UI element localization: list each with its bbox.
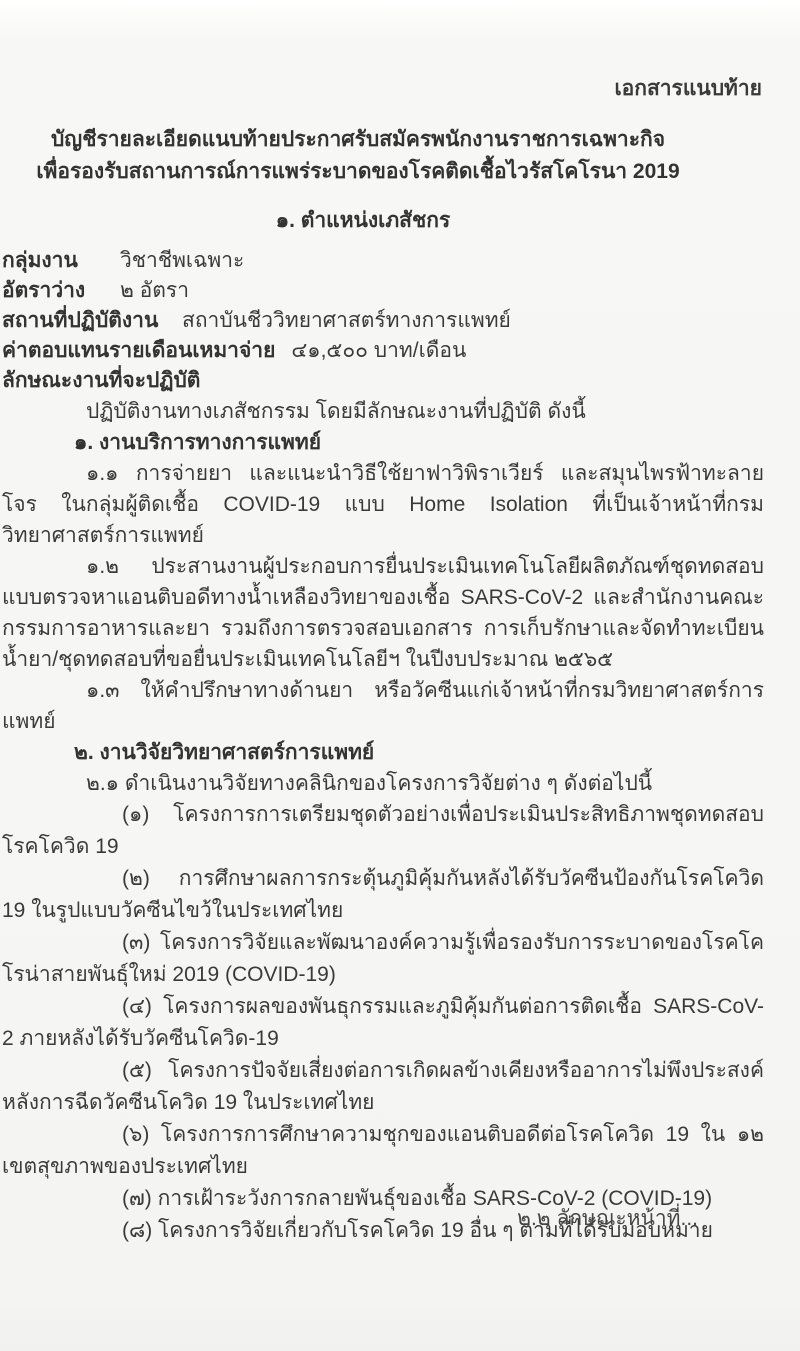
research-project-3: (๓) โครงการวิจัยและพัฒนาองค์ความรู้เพื่อ… <box>2 927 764 991</box>
attachment-corner-label: เอกสารแนบท้าย <box>2 74 764 104</box>
scanned-document-page: เอกสารแนบท้าย บัญชีรายละเอียดแนบท้ายประก… <box>0 0 800 1351</box>
field-label: กลุ่มงาน <box>2 246 120 276</box>
field-label: อัตราว่าง <box>2 276 120 306</box>
document-content: เอกสารแนบท้าย บัญชีรายละเอียดแนบท้ายประก… <box>0 74 800 1247</box>
field-row-workplace: สถานที่ปฏิบัติงานสถาบันชีววิทยาศาสตร์ทาง… <box>2 306 764 336</box>
research-project-2: (๒) การศึกษาผลการกระตุ้นภูมิคุ้มกันหลังไ… <box>2 863 764 927</box>
research-project-6: (๖) โครงการการศึกษาความชุกของแอนติบอดีต่… <box>2 1119 764 1183</box>
duty-item-1-1: ๑.๑ การจ่ายยา และแนะนำวิธีใช้ยาฟาวิพิราเ… <box>2 458 764 551</box>
document-title-line-1: บัญชีรายละเอียดแนบท้ายประกาศรับสมัครพนัก… <box>2 124 714 156</box>
research-project-5: (๕) โครงการปัจจัยเสี่ยงต่อการเกิดผลข้างเ… <box>2 1055 764 1119</box>
document-title-block: บัญชีรายละเอียดแนบท้ายประกาศรับสมัครพนัก… <box>2 124 764 188</box>
section-2-heading: ๒. งานวิจัยวิทยาศาสตร์การแพทย์ <box>74 737 764 768</box>
field-value: ๔๑,๕๐๐ บาท/เดือน <box>275 339 466 362</box>
position-detail-fields: กลุ่มงานวิชาชีพเฉพาะ อัตราว่าง๒ อัตรา สถ… <box>2 246 764 396</box>
research-project-4: (๔) โครงการผลของพันธุกรรมและภูมิคุ้มกันต… <box>2 991 764 1055</box>
field-value: สถาบันชีววิทยาศาสตร์ทางการแพทย์ <box>182 309 511 332</box>
duties-heading: ลักษณะงานที่จะปฏิบัติ <box>2 366 764 396</box>
field-row-work-group: กลุ่มงานวิชาชีพเฉพาะ <box>2 246 764 276</box>
research-project-1: (๑) โครงการการเตรียมชุดตัวอย่างเพื่อประเ… <box>2 799 764 863</box>
document-title-line-2: เพื่อรองรับสถานการณ์การแพร่ระบาดของโรคติ… <box>2 156 714 188</box>
duty-item-1-3: ๑.๓ ให้คำปรึกษาทางด้านยา หรือวัคซีนแก่เจ… <box>2 675 764 737</box>
duty-item-1-2: ๑.๒ ประสานงานผู้ประกอบการยื่นประเมินเทคโ… <box>2 551 764 675</box>
position-heading: ๑. ตำแหน่งเภสัชกร <box>2 205 764 236</box>
duties-intro: ปฏิบัติงานทางเภสัชกรรม โดยมีลักษณะงานที่… <box>2 396 764 427</box>
section-1-heading: ๑. งานบริการทางการแพทย์ <box>74 427 764 458</box>
continuation-note: ๒.๒ ลักษณะหน้าที่... <box>517 1203 698 1234</box>
field-row-salary: ค่าตอบแทนรายเดือนเหมาจ่าย๔๑,๕๐๐ บาท/เดือ… <box>2 336 764 366</box>
duty-item-2-1: ๒.๑ ดำเนินงานวิจัยทางคลินิกของโครงการวิจ… <box>2 768 764 799</box>
field-label: สถานที่ปฏิบัติงาน <box>2 306 182 336</box>
field-row-vacancies: อัตราว่าง๒ อัตรา <box>2 276 764 306</box>
field-label: ค่าตอบแทนรายเดือนเหมาจ่าย <box>2 336 275 366</box>
field-value: วิชาชีพเฉพาะ <box>120 249 244 272</box>
field-value: ๒ อัตรา <box>120 279 189 302</box>
